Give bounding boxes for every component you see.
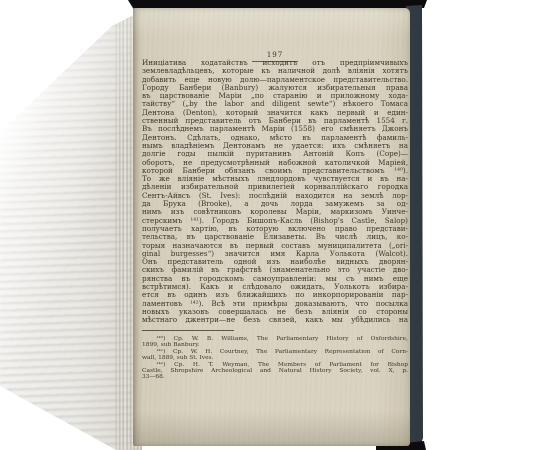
body-line: да Брука (Brooke), а дочь лорда замужемъ… — [142, 200, 408, 208]
body-line: нымъ владѣніемъ Дентонамъ не удается: их… — [142, 142, 408, 150]
left-page-edges — [0, 0, 142, 450]
body-line: Дентона (Denton), который значится какъ … — [142, 109, 408, 117]
body-line: ственный представитель отъ Банбери въ па… — [142, 117, 408, 125]
body-line: Дентонъ. Сдѣлать, однако, мѣсто въ парла… — [142, 134, 408, 142]
footnote-line: 33—68. — [142, 374, 408, 380]
body-line: Городу Банбери (Banbury) жалуются избира… — [142, 84, 408, 92]
body-line: тельства, въ царствованіе Елизаветы. Въ … — [142, 233, 408, 241]
body-line: дѣленіи избирательной привилегіей корнва… — [142, 183, 408, 191]
body-line: То же вліяніе мѣстныхъ лэндлордовъ чувст… — [142, 175, 408, 183]
body-line: которой Банбери обязанъ своимъ представи… — [142, 167, 408, 175]
body-line: рянства въ городскомъ самоуправленіи: мы… — [142, 275, 408, 283]
body-line: ламентовъ ¹⁴²). Всѣ эти примѣры доказыва… — [142, 300, 408, 308]
body-line: въ царствованіе Маріи „по старанію и при… — [142, 92, 408, 100]
book-page: 197 Иниціатива ходатайствъ исходитъ отъ … — [133, 8, 410, 446]
body-line: ется въ одинъ изъ ближайшихъ по инкорпор… — [142, 291, 408, 299]
body-line: землевладѣльцевъ, которые къ наличной до… — [142, 67, 408, 75]
body-line: добавить еще новую долю—парламентское пр… — [142, 76, 408, 84]
body-line: долгіе годы пылкій пуританинъ Антоній Ко… — [142, 150, 408, 158]
body-line: оборотъ, не предусмотрѣнный набожной кат… — [142, 159, 408, 167]
body-line: тайству“ („by the labor and diligent sew… — [142, 100, 408, 108]
body-line: торыя назначаются въ первый составъ муни… — [142, 242, 408, 250]
book-photo: 197 Иниціатива ходатайствъ исходитъ отъ … — [0, 0, 550, 450]
body-line: Сентъ-Айвсъ (St. Ives): послѣдній находи… — [142, 192, 408, 200]
footnote-line: Castle, Shropshire Archeological and Nat… — [142, 368, 408, 374]
footnote-separator — [142, 330, 234, 331]
body-line: мѣстнаго джентри—не безъ связей, какъ мы… — [142, 316, 408, 324]
left-page-highlight — [0, 0, 142, 450]
body-line: Иниціатива ходатайствъ исходитъ отъ пред… — [142, 59, 408, 67]
footnotes: ¹⁴⁰) Ср. W. B. Williams, The Parliamenta… — [142, 336, 408, 381]
body-text: Иниціатива ходатайствъ исходитъ отъ пред… — [142, 59, 408, 325]
body-line: новыхъ указовъ совершалась не безъ вліян… — [142, 308, 408, 316]
body-line: встрѣтимся). Какъ и слѣдовало ожидать, У… — [142, 283, 408, 291]
body-line: нимъ изъ совѣтниковъ королевы Маріи, мар… — [142, 208, 408, 216]
body-line: стерскимъ ¹⁴¹). Городъ Бишопъ-Касль (Bis… — [142, 217, 408, 225]
body-line: получаетъ хартію, въ которую включено пр… — [142, 225, 408, 233]
footnote-line: ¹⁴²) Ср. H. T. Weyman, The Members of Pa… — [142, 362, 408, 368]
body-line: Въ послѣднемъ парламентѣ Маріи (1558) ег… — [142, 125, 408, 133]
body-line: ginal burgesses“) значится имя Карла Уол… — [142, 250, 408, 258]
body-line: Онъ представитель одной изъ наиболѣе вид… — [142, 258, 408, 266]
body-line: скихъ фамилій въ графствѣ (знаменательно… — [142, 266, 408, 274]
